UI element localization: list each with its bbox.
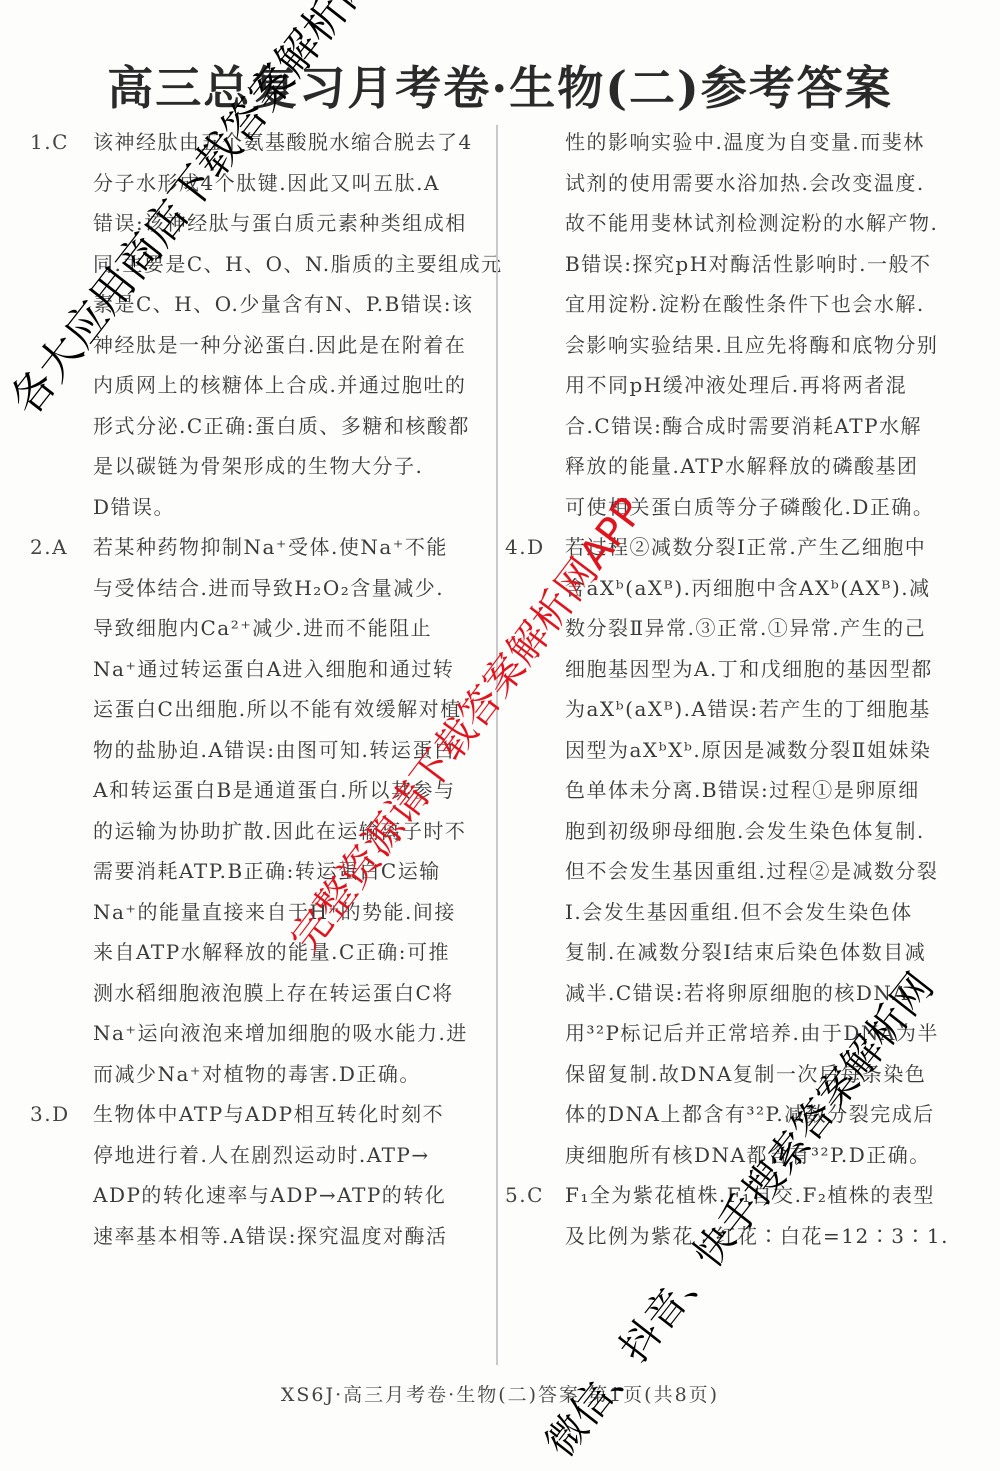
answer-text: 数分裂Ⅱ异常.③正常.①异常.产生的己 bbox=[565, 608, 926, 649]
answer-text: D错误。 bbox=[93, 487, 175, 528]
answer-line: D错误。 bbox=[30, 487, 485, 528]
answer-text: Na⁺运向液泡来增加细胞的吸水能力.进 bbox=[93, 1013, 468, 1054]
answer-line: 性的影响实验中.温度为自变量.而斐林 bbox=[517, 122, 977, 163]
answer-text: 速率基本相等.A错误:探究温度对酶活 bbox=[93, 1216, 448, 1257]
answer-text: B错误:探究pH对酶活性影响时.一般不 bbox=[565, 244, 932, 285]
answer-line: 保留复制.故DNA复制一次后每条染色 bbox=[517, 1054, 977, 1095]
answer-text: 因型为aXᵇXᵇ.原因是减数分裂Ⅱ姐妹染 bbox=[565, 730, 931, 771]
answer-line: 错误:该神经肽与蛋白质元素种类组成相 bbox=[30, 203, 485, 244]
question-number: 2.A bbox=[30, 527, 90, 568]
question-number: 1.C bbox=[30, 122, 90, 163]
answer-line: 运蛋白C出细胞.所以不能有效缓解对植 bbox=[30, 689, 485, 730]
answer-text: 胞到初级卵母细胞.会发生染色体复制. bbox=[565, 811, 925, 852]
answer-line: 色单体未分离.B错误:过程①是卵原细 bbox=[517, 770, 977, 811]
answer-line: 而减少Na⁺对植物的毒害.D正确。 bbox=[30, 1054, 485, 1095]
answer-text: 该神经肽由五个氨基酸脱水缩合脱去了4 bbox=[93, 122, 473, 163]
answer-line: 测水稻细胞液泡膜上存在转运蛋白C将 bbox=[30, 973, 485, 1014]
document-title: 高三总复习月考卷·生物(二)参考答案 bbox=[0, 52, 1000, 118]
answer-line: 停地进行着.人在剧烈运动时.ATP→ bbox=[30, 1135, 485, 1176]
answer-text: 与受体结合.进而导致H₂O₂含量减少. bbox=[93, 568, 444, 609]
answer-text: 形式分泌.C正确:蛋白质、多糖和核酸都 bbox=[93, 406, 470, 447]
answer-line: 胞到初级卵母细胞.会发生染色体复制. bbox=[517, 811, 977, 852]
answer-line: Ⅰ.会发生基因重组.但不会发生染色体 bbox=[517, 892, 977, 933]
answer-text: 运蛋白C出细胞.所以不能有效缓解对植 bbox=[93, 689, 462, 730]
answer-text: 试剂的使用需要水浴加热.会改变温度. bbox=[565, 163, 925, 204]
answer-text: 导致细胞内Ca²⁺减少.进而不能阻止 bbox=[93, 608, 432, 649]
answer-text: 是以碳链为骨架形成的生物大分子. bbox=[93, 446, 423, 487]
answer-line: 形式分泌.C正确:蛋白质、多糖和核酸都 bbox=[30, 406, 485, 447]
answer-line: 需要消耗ATP.B正确:转运蛋白C运输 bbox=[30, 851, 485, 892]
answer-line: 分子水形成4个肽键.因此又叫五肽.A bbox=[30, 163, 485, 204]
answer-text: 若某种药物抑制Na⁺受体.使Na⁺不能 bbox=[93, 527, 448, 568]
page-footer: XS6J·高三月考卷·生物(二)答案 第1页(共8页) bbox=[0, 1380, 1000, 1407]
question-number: 5.C bbox=[505, 1175, 565, 1216]
answer-text: 色单体未分离.B错误:过程①是卵原细 bbox=[565, 770, 920, 811]
answer-text: 减半.C错误:若将卵原细胞的核DNA bbox=[565, 973, 908, 1014]
answer-line: 导致细胞内Ca²⁺减少.进而不能阻止 bbox=[30, 608, 485, 649]
answer-line: 用不同pH缓冲液处理后.再将两者混 bbox=[517, 365, 977, 406]
answer-line: 3.D生物体中ATP与ADP相互转化时刻不 bbox=[30, 1094, 485, 1135]
answer-line: 故不能用斐林试剂检测淀粉的水解产物. bbox=[517, 203, 977, 244]
answer-line: 为aXᵇ(aXᴮ).A错误:若产生的丁细胞基 bbox=[517, 689, 977, 730]
answer-text: 而减少Na⁺对植物的毒害.D正确。 bbox=[93, 1054, 421, 1095]
answer-text: Na⁺通过转运蛋白A进入细胞和通过转 bbox=[93, 649, 454, 690]
answer-line: Na⁺运向液泡来增加细胞的吸水能力.进 bbox=[30, 1013, 485, 1054]
answer-text: 停地进行着.人在剧烈运动时.ATP→ bbox=[93, 1135, 430, 1176]
answer-text: 合.C错误:酶合成时需要消耗ATP水解 bbox=[565, 406, 922, 447]
answer-line: B错误:探究pH对酶活性影响时.一般不 bbox=[517, 244, 977, 285]
answer-line: ADP的转化速率与ADP→ATP的转化 bbox=[30, 1175, 485, 1216]
answer-text: 故不能用斐林试剂检测淀粉的水解产物. bbox=[565, 203, 938, 244]
answer-line: 释放的能量.ATP水解释放的磷酸基团 bbox=[517, 446, 977, 487]
answer-text: 释放的能量.ATP水解释放的磷酸基团 bbox=[565, 446, 919, 487]
answer-line: 速率基本相等.A错误:探究温度对酶活 bbox=[30, 1216, 485, 1257]
answer-text: 复制.在减数分裂Ⅰ结束后染色体数目减 bbox=[565, 932, 926, 973]
answer-line: Na⁺的能量直接来自于H⁺的势能.间接 bbox=[30, 892, 485, 933]
answer-text: 生物体中ATP与ADP相互转化时刻不 bbox=[93, 1094, 444, 1135]
answer-text: 含aXᵇ(aXᴮ).丙细胞中含AXᵇ(AXᴮ).减 bbox=[565, 568, 931, 609]
answer-line: 宜用淀粉.淀粉在酸性条件下也会水解. bbox=[517, 284, 977, 325]
right-column: 性的影响实验中.温度为自变量.而斐林试剂的使用需要水浴加热.会改变温度.故不能用… bbox=[517, 122, 977, 1256]
answer-line: 体的DNA上都含有³²P.减数分裂完成后 bbox=[517, 1094, 977, 1135]
answer-text: 用不同pH缓冲液处理后.再将两者混 bbox=[565, 365, 907, 406]
answer-text: ADP的转化速率与ADP→ATP的转化 bbox=[93, 1175, 446, 1216]
answer-text: 宜用淀粉.淀粉在酸性条件下也会水解. bbox=[565, 284, 925, 325]
answer-text: 细胞基因型为A.丁和戊细胞的基因型都 bbox=[565, 649, 933, 690]
answer-line: 数分裂Ⅱ异常.③正常.①异常.产生的己 bbox=[517, 608, 977, 649]
answer-text: 会影响实验结果.且应先将酶和底物分别 bbox=[565, 325, 938, 366]
answer-line: 是以碳链为骨架形成的生物大分子. bbox=[30, 446, 485, 487]
answer-text: 素是C、H、O.少量含有N、P.B错误:该 bbox=[93, 284, 474, 325]
answer-text: 神经肽是一种分泌蛋白.因此是在附着在 bbox=[93, 325, 466, 366]
column-divider bbox=[496, 125, 498, 1365]
answer-line: 试剂的使用需要水浴加热.会改变温度. bbox=[517, 163, 977, 204]
answer-text: 内质网上的核糖体上合成.并通过胞吐的 bbox=[93, 365, 466, 406]
answer-text: 为aXᵇ(aXᴮ).A错误:若产生的丁细胞基 bbox=[565, 689, 931, 730]
answer-line: 细胞基因型为A.丁和戊细胞的基因型都 bbox=[517, 649, 977, 690]
answer-text: 体的DNA上都含有³²P.减数分裂完成后 bbox=[565, 1094, 935, 1135]
answer-text: 来自ATP水解释放的能量.C正确:可推 bbox=[93, 932, 450, 973]
answer-text: 测水稻细胞液泡膜上存在转运蛋白C将 bbox=[93, 973, 454, 1014]
answer-line: 因型为aXᵇXᵇ.原因是减数分裂Ⅱ姐妹染 bbox=[517, 730, 977, 771]
answer-text: 但不会发生基因重组.过程②是减数分裂 bbox=[565, 851, 938, 892]
answer-text: 性的影响实验中.温度为自变量.而斐林 bbox=[565, 122, 925, 163]
answer-line: 会影响实验结果.且应先将酶和底物分别 bbox=[517, 325, 977, 366]
answer-line: 内质网上的核糖体上合成.并通过胞吐的 bbox=[30, 365, 485, 406]
answer-text: Ⅰ.会发生基因重组.但不会发生染色体 bbox=[565, 892, 913, 933]
answer-line: 来自ATP水解释放的能量.C正确:可推 bbox=[30, 932, 485, 973]
answer-line: 与受体结合.进而导致H₂O₂含量减少. bbox=[30, 568, 485, 609]
answer-line: 合.C错误:酶合成时需要消耗ATP水解 bbox=[517, 406, 977, 447]
answer-line: Na⁺通过转运蛋白A进入细胞和通过转 bbox=[30, 649, 485, 690]
question-number: 3.D bbox=[30, 1094, 90, 1135]
answer-line: 但不会发生基因重组.过程②是减数分裂 bbox=[517, 851, 977, 892]
answer-line: 2.A若某种药物抑制Na⁺受体.使Na⁺不能 bbox=[30, 527, 485, 568]
